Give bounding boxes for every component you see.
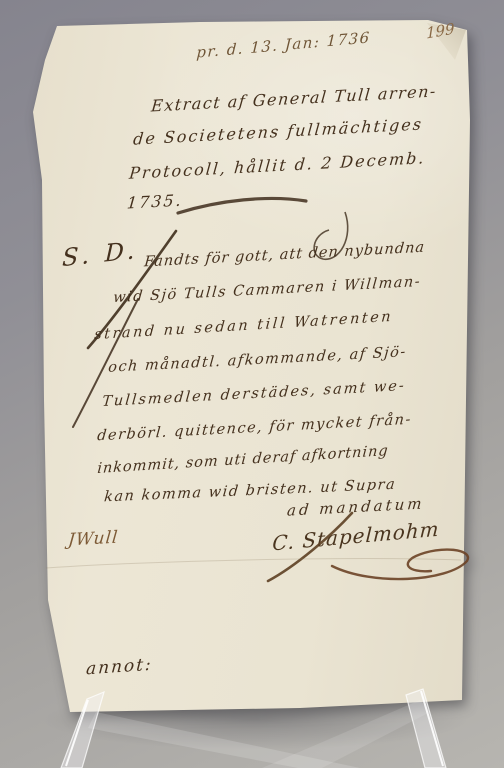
manuscript-paper: 199 pr. d. 13. Jan: 1736 Extract af Gene… bbox=[0, 0, 504, 768]
heading-line-4: 1735. bbox=[127, 191, 184, 213]
paper-surface bbox=[0, 0, 504, 768]
secretary-initials: JWull bbox=[68, 528, 119, 551]
photograph-of-manuscript: 199 pr. d. 13. Jan: 1736 Extract af Gene… bbox=[0, 0, 504, 768]
